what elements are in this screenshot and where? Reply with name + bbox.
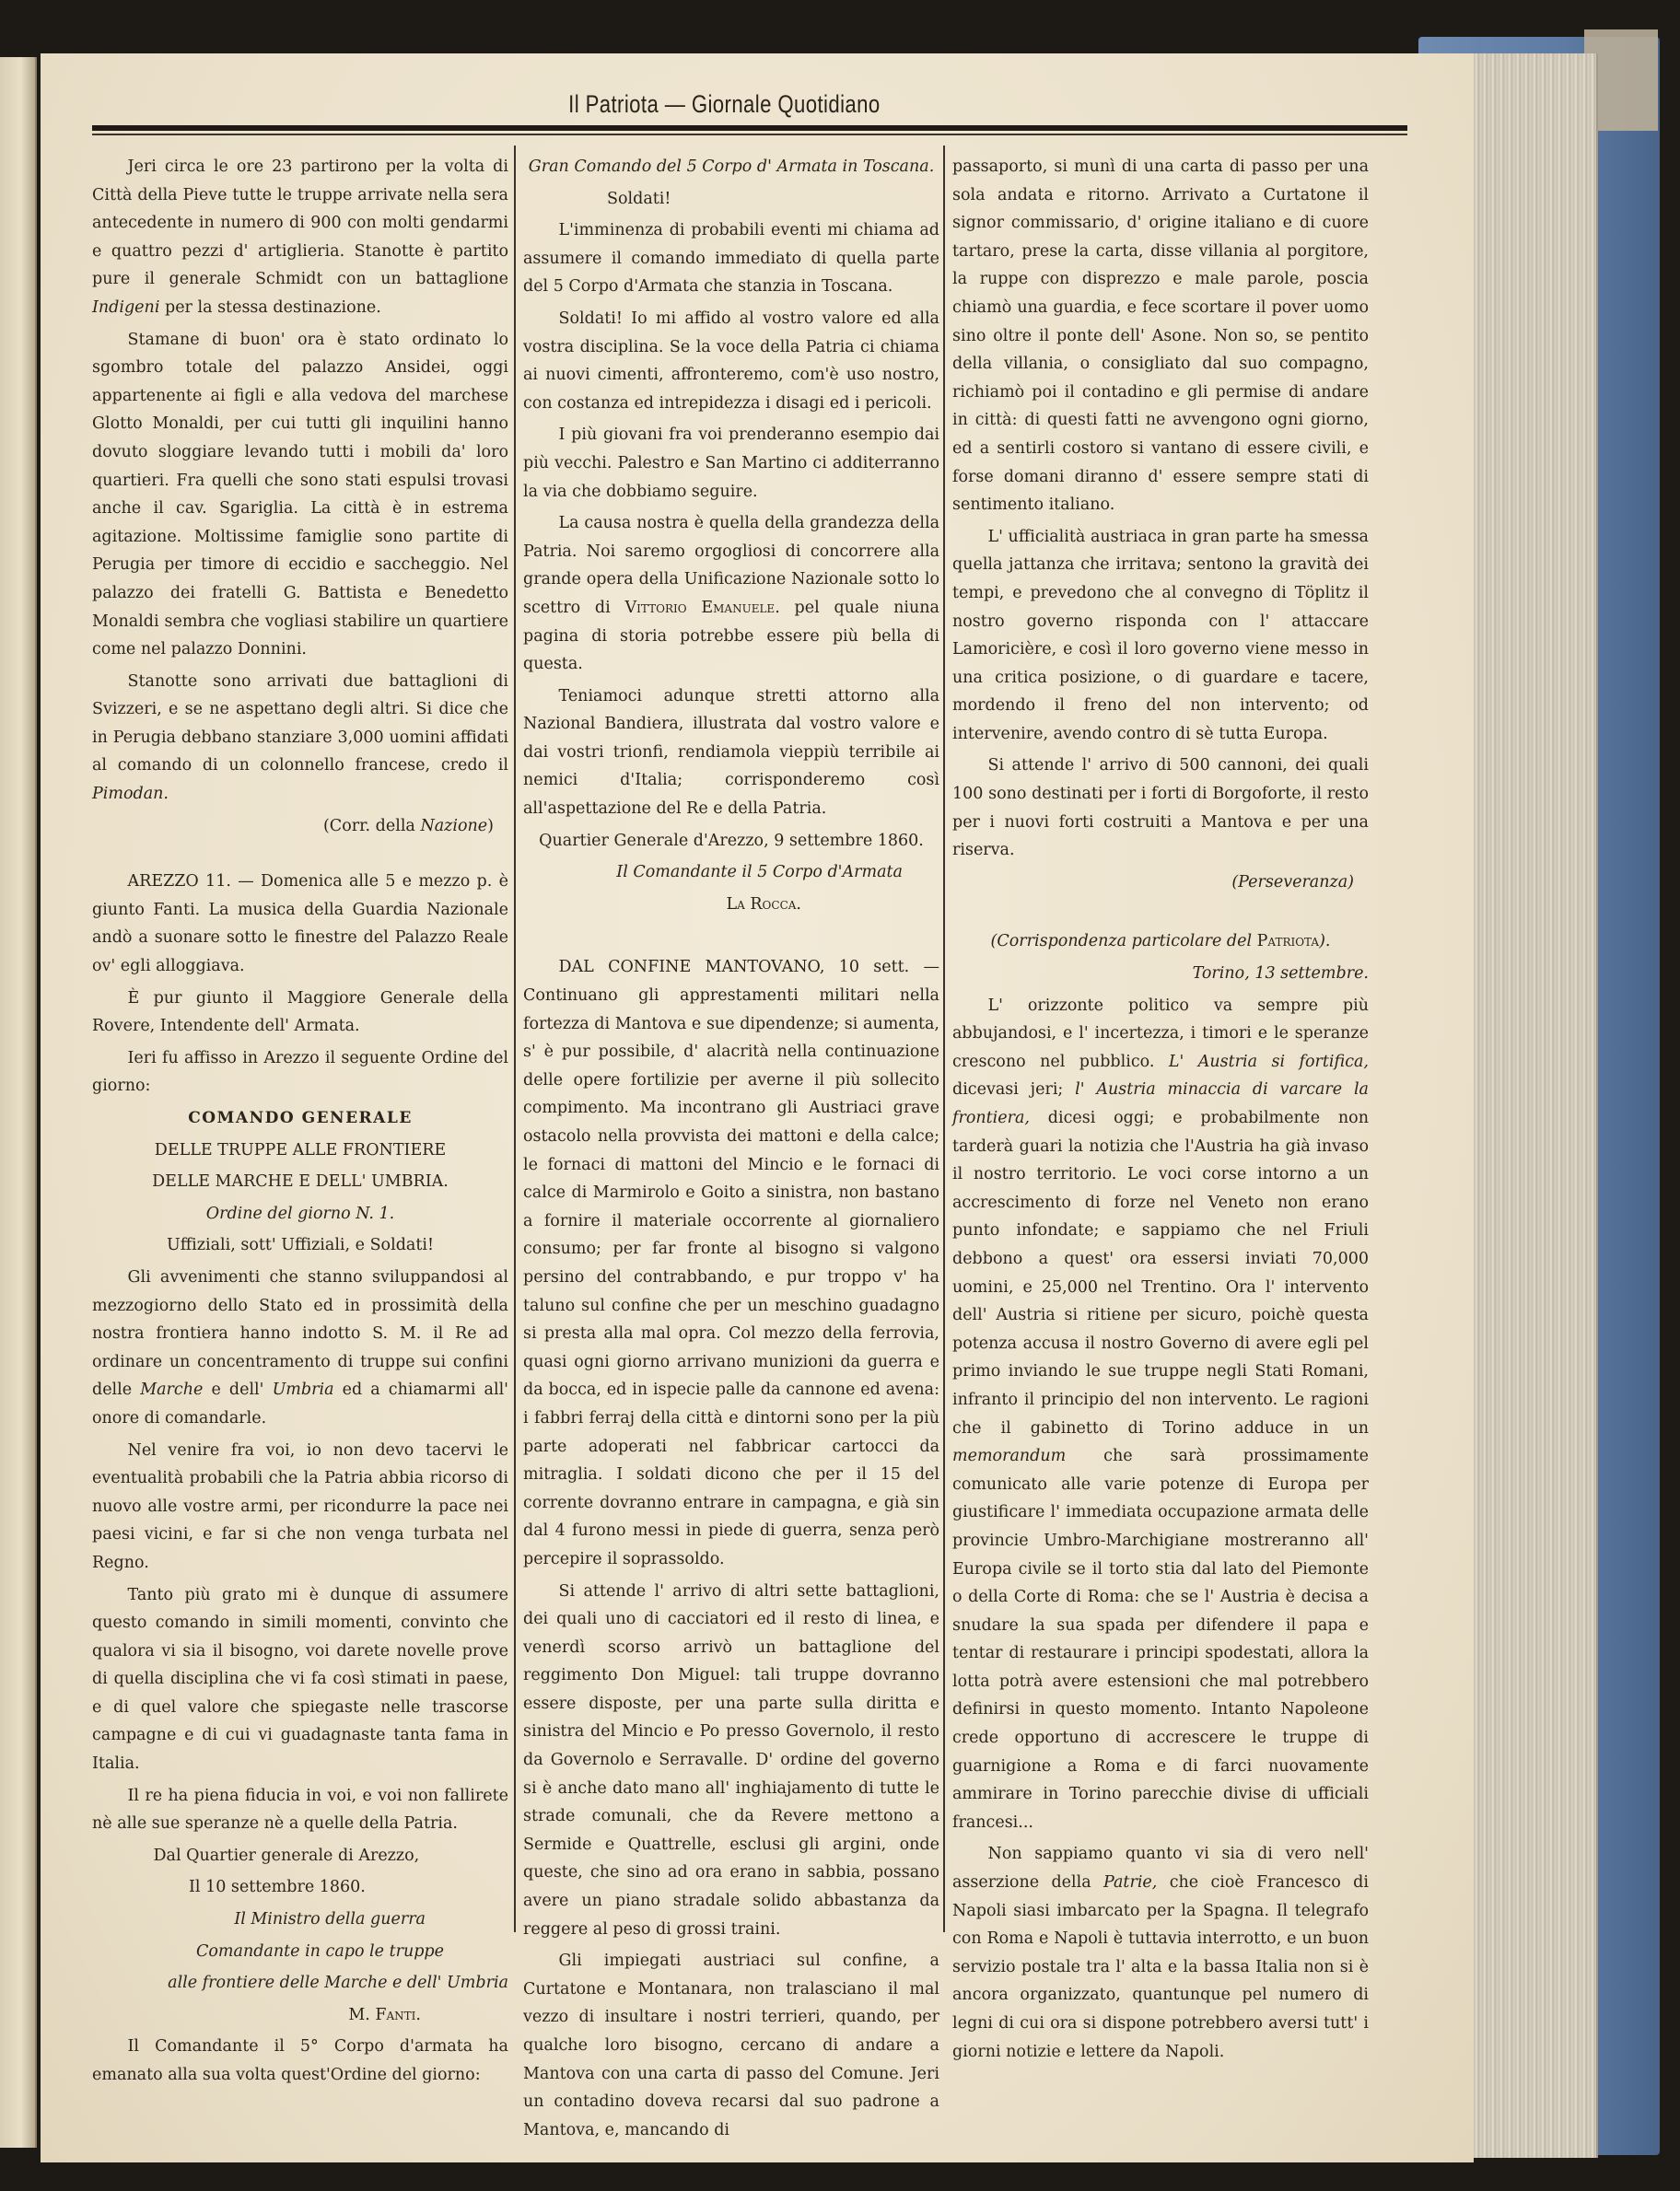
salutation: Uffiziali, sott' Uffiziali, e Soldati! [92,1231,508,1260]
correspondence-heading: (Corrispondenza particolare del Patriota… [952,927,1369,956]
proclamation-heading: Gran Comando del 5 Corpo d' Armata in To… [523,153,939,181]
signer: M. Fanti. [92,2001,508,2030]
paragraph: Gli avvenimenti che stanno sviluppandosi… [92,1264,508,1433]
signature-title: Il Ministro della guerra [92,1905,508,1934]
paragraph: L' orizzonte politico va sempre più abbu… [952,992,1369,1837]
paragraph: Ieri fu affisso in Arezzo il seguente Or… [92,1044,508,1101]
order-number: Ordine del giorno N. 1. [92,1200,508,1229]
masthead-title: Il Patriota — Giornale Quotidiano [568,90,880,119]
paragraph: L' ufficialità austriaca in gran parte h… [952,523,1369,749]
paragraph: Teniamoci adunque stretti attorno alla N… [523,682,939,823]
paragraph: È pur giunto il Maggiore Generale della … [92,985,508,1041]
header-rule-thin [92,134,1407,135]
paragraph: L'imminenza di probabili eventi mi chiam… [523,216,939,301]
source-credit: (Perseveranza) [952,868,1369,897]
column-1: Jeri circa le ore 23 partirono per la vo… [92,153,508,2093]
paragraph: Jeri circa le ore 23 partirono per la vo… [92,153,508,322]
paragraph: Stamane di buon' ora è stato ordinato lo… [92,326,508,664]
salutation: Soldati! [523,185,939,214]
running-header: Il Patriota — Giornale Quotidiano [41,90,1407,119]
paragraph: Nel venire fra voi, io non devo tacervi … [92,1437,508,1578]
paragraph: Si attende l' arrivo di 500 cannoni, dei… [952,752,1369,864]
source-credit: (Corr. della Nazione) [92,812,508,841]
dateline-place: Dal Quartier generale di Arezzo, [92,1842,508,1871]
arezzo-dispatch: AREZZO 11. — Domenica alle 5 e mezzo p. … [92,868,508,980]
dateline: Quartier Generale d'Arezzo, 9 settembre … [523,827,939,856]
column-2: Gran Comando del 5 Corpo d' Armata in To… [523,153,939,2148]
mantova-dispatch: DAL CONFINE MANTOVANO, 10 sett. — Contin… [523,953,939,1573]
paragraph: Il re ha piena fiducia in voi, e voi non… [92,1782,508,1838]
dateline-date: Il 10 settembre 1860. [92,1873,508,1902]
newspaper-page: Il Patriota — Giornale Quotidiano Jeri c… [41,53,1474,2162]
paragraph: Tanto più grato mi è dunque di assumere … [92,1581,508,1778]
column-divider [514,146,516,1932]
paragraph: Gli impiegati austriaci sul confine, a C… [523,1947,939,2144]
paragraph: Si attende l' arrivo di altri sette batt… [523,1578,939,1944]
signature-title: Il Comandante il 5 Corpo d'Armata [523,858,939,887]
paragraph: Stanotte sono arrivati due battaglioni d… [92,668,508,809]
column-divider [943,146,945,1932]
left-page-edge [0,57,37,2148]
paragraph: I più giovani fra voi prenderanno esempi… [523,421,939,506]
paragraph: Il Comandante il 5° Corpo d'armata ha em… [92,2033,508,2089]
signer: La Rocca. [523,891,939,919]
order-subheading: DELLE TRUPPE ALLE FRONTIERE [92,1136,508,1165]
header-rule [92,125,1407,131]
signature-title: Comandante in capo le truppe [92,1938,508,1966]
paragraph: passaporto, si munì di una carta di pass… [952,153,1369,519]
column-3: passaporto, si munì di una carta di pass… [952,153,1369,2069]
paragraph: La causa nostra è quella della grandezza… [523,509,939,679]
paragraph: Soldati! Io mi affido al vostro valore e… [523,305,939,417]
dateline: Torino, 13 settembre. [952,960,1369,988]
paragraph: Non sappiamo quanto vi sia di vero nell'… [952,1840,1369,2066]
order-heading: COMANDO GENERALE [92,1104,508,1133]
order-subheading: DELLE MARCHE E DELL' UMBRIA. [92,1168,508,1196]
signature-title: alle frontiere delle Marche e dell' Umbr… [92,1969,508,1998]
page-stack-edge [1472,53,1598,2158]
